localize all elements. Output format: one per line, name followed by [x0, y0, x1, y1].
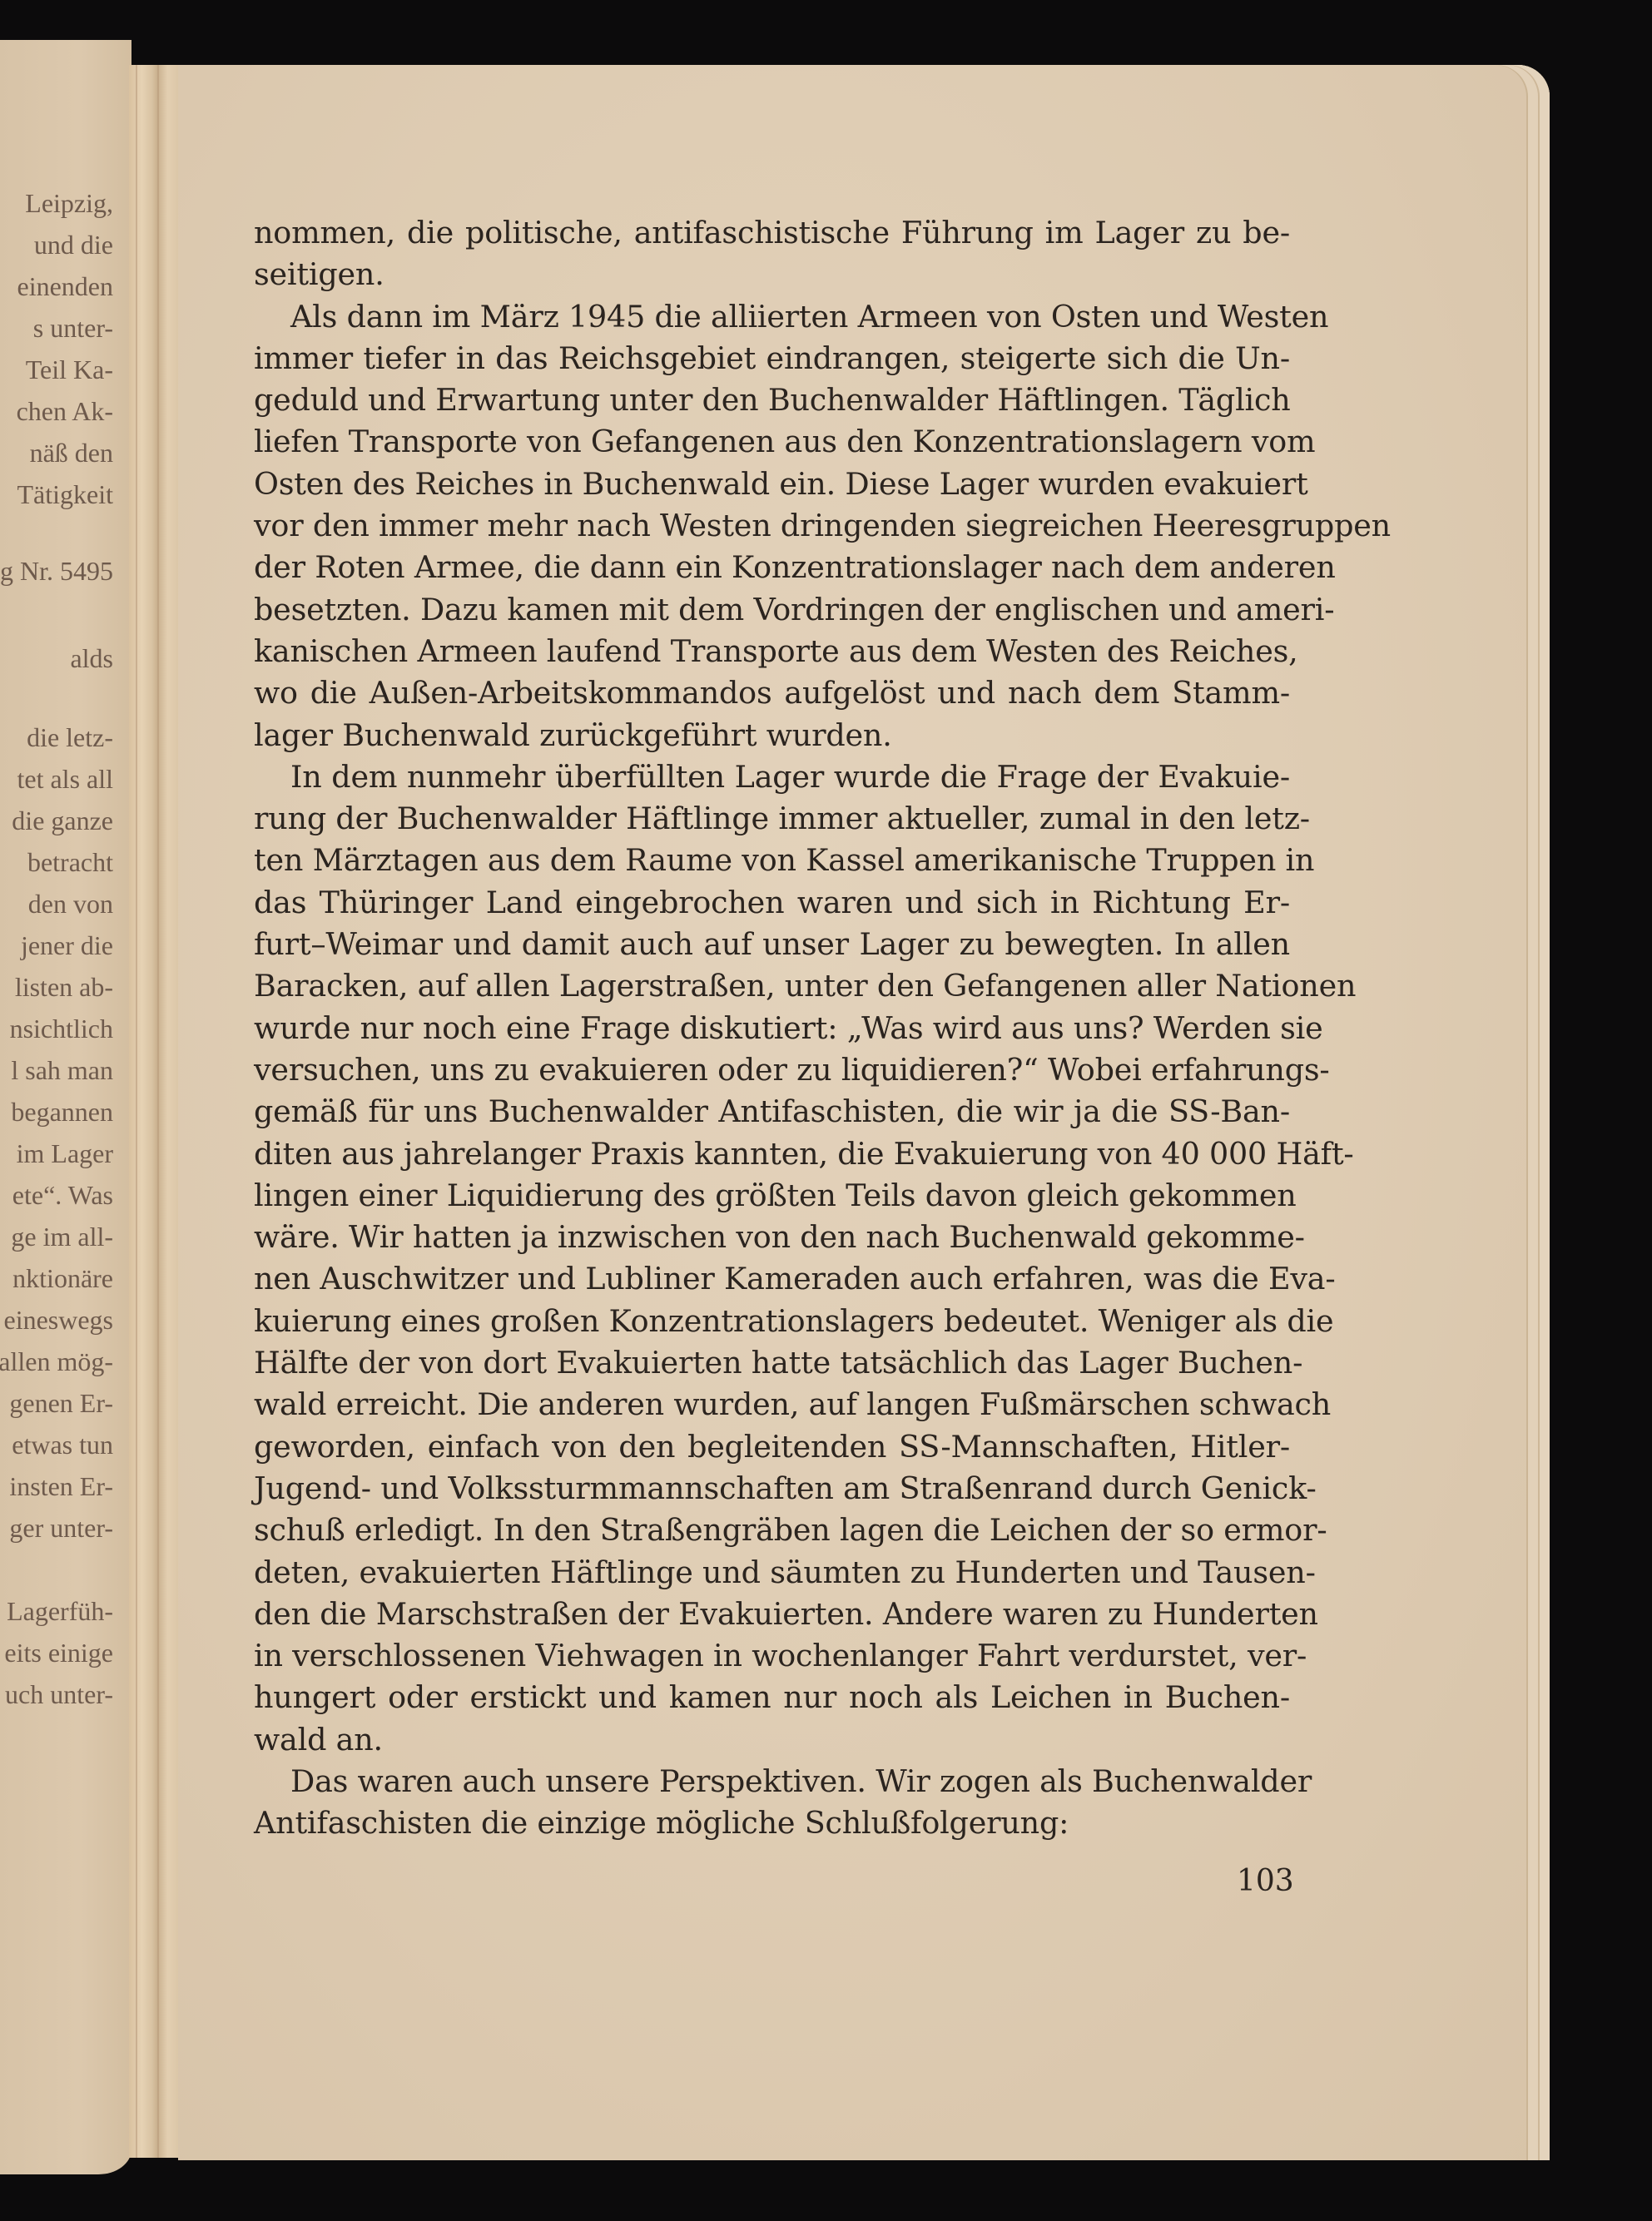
left-text-fragment: chen Ak-: [17, 396, 113, 427]
left-text-fragment: Tätigkeit: [17, 479, 113, 510]
text-line: Jugend- und Volkssturmmannschaften am St…: [254, 1468, 1290, 1510]
text-line: In dem nunmehr überfüllten Lager wurde d…: [254, 756, 1290, 798]
text-line: deten, evakuierten Häftlinge und säumten…: [254, 1552, 1290, 1594]
text-line: Hälfte der von dort Evakuierten hatte ta…: [254, 1342, 1290, 1384]
left-text-fragment: eits einige: [4, 1638, 113, 1668]
left-text-fragment: die letz-: [27, 722, 113, 753]
book-gutter: [129, 65, 181, 2158]
text-line: rung der Buchenwalder Häftlinge immer ak…: [254, 798, 1290, 840]
left-text-fragment: l sah man: [11, 1055, 113, 1086]
left-text-fragment: Lagerfüh-: [7, 1596, 113, 1627]
text-line: in verschlossenen Viehwagen in wochenlan…: [254, 1635, 1290, 1677]
text-line: gemäß für uns Buchenwalder Antifaschiste…: [254, 1091, 1290, 1133]
text-line: vor den immer mehr nach Westen dringende…: [254, 505, 1290, 547]
text-line: Baracken, auf allen Lagerstraßen, unter …: [254, 965, 1290, 1007]
left-text-fragment: s unter-: [33, 313, 113, 344]
text-line: nommen, die politische, antifaschistisch…: [254, 212, 1290, 254]
left-text-fragment: im Lager: [17, 1138, 113, 1169]
text-line: lager Buchenwald zurückgeführt wurden.: [254, 715, 1290, 756]
left-text-fragment: listen ab-: [15, 972, 113, 1003]
left-text-fragment: ge im all-: [11, 1222, 113, 1252]
text-line: den die Marschstraßen der Evakuierten. A…: [254, 1594, 1290, 1635]
text-line: geduld und Erwartung unter den Buchenwal…: [254, 379, 1290, 421]
text-line: seitigen.: [254, 254, 1290, 295]
left-text-fragment: tet als all: [17, 764, 113, 795]
text-line: Das waren auch unsere Perspektiven. Wir …: [254, 1761, 1290, 1802]
text-line: kanischen Armeen laufend Transporte aus …: [254, 631, 1290, 672]
text-line: das Thüringer Land eingebrochen waren un…: [254, 882, 1290, 924]
text-line: wäre. Wir hatten ja inzwischen von den n…: [254, 1217, 1290, 1258]
left-text-fragment: nktionäre: [12, 1263, 113, 1294]
text-line: Antifaschisten die einzige mögliche Schl…: [254, 1802, 1290, 1844]
left-text-fragment: alds: [70, 643, 113, 674]
text-line: besetzten. Dazu kamen mit dem Vordringen…: [254, 589, 1290, 631]
text-line: Osten des Reiches in Buchenwald ein. Die…: [254, 464, 1290, 505]
left-text-fragment: eineswegs: [3, 1305, 113, 1336]
text-line: furt–Weimar und damit auch auf unser Lag…: [254, 924, 1290, 965]
left-text-fragment: den von: [28, 889, 113, 920]
body-text: nommen, die politische, antifaschistisch…: [254, 212, 1290, 1845]
left-text-fragment: einenden: [17, 271, 114, 302]
text-line: liefen Transporte von Gefangenen aus den…: [254, 421, 1290, 463]
page-number: 103: [1237, 1864, 1288, 1898]
text-line: lingen einer Liquidierung des größten Te…: [254, 1175, 1290, 1217]
left-text-fragment: nsichtlich: [10, 1014, 113, 1044]
text-line: wo die Außen-Arbeitskommandos aufgelöst …: [254, 672, 1290, 714]
left-text-fragment: die ganze: [12, 806, 113, 836]
text-line: immer tiefer in das Reichsgebiet eindran…: [254, 338, 1290, 379]
text-line: hungert oder erstickt und kamen nur noch…: [254, 1677, 1290, 1718]
text-line: nen Auschwitzer und Lubliner Kameraden a…: [254, 1258, 1290, 1300]
text-line: wald an.: [254, 1719, 1290, 1761]
left-text-fragment: allen mög-: [0, 1346, 113, 1377]
left-text-fragment: uch unter-: [5, 1679, 113, 1710]
left-text-fragment: und die: [34, 230, 113, 260]
book-spread: Leipzig,und dieeinendens unter-Teil Ka-c…: [0, 0, 1652, 2221]
text-line: versuchen, uns zu evakuieren oder zu liq…: [254, 1049, 1290, 1091]
left-text-fragment: begannen: [11, 1097, 113, 1128]
left-text-fragment: betracht: [27, 847, 113, 878]
gutter-crease: [136, 65, 137, 2158]
left-text-fragment: ger unter-: [9, 1513, 113, 1544]
text-line: kuierung eines großen Konzentrationslage…: [254, 1301, 1290, 1342]
left-text-fragment: genen Er-: [9, 1388, 113, 1419]
text-line: wald erreicht. Die anderen wurden, auf l…: [254, 1384, 1290, 1425]
text-line: wurde nur noch eine Frage diskutiert: „W…: [254, 1008, 1290, 1049]
left-text-fragment: Leipzig,: [25, 188, 113, 219]
left-text-fragment: g Nr. 5495: [0, 556, 113, 587]
gutter-crease: [157, 65, 159, 2158]
text-line: schuß erledigt. In den Straßengräben lag…: [254, 1510, 1290, 1551]
left-text-fragment: etwas tun: [12, 1430, 113, 1460]
left-text-fragment: näß den: [30, 438, 113, 468]
left-page-fragment: Leipzig,und dieeinendens unter-Teil Ka-c…: [0, 40, 131, 2174]
text-line: diten aus jahrelanger Praxis kannten, di…: [254, 1133, 1290, 1175]
text-line: ten Märztagen aus dem Raume von Kassel a…: [254, 840, 1290, 881]
left-text-fragment: ete“. Was: [12, 1180, 113, 1211]
text-line: der Roten Armee, die dann ein Konzentrat…: [254, 547, 1290, 588]
text-line: geworden, einfach von den begleitenden S…: [254, 1426, 1290, 1468]
left-text-fragment: insten Er-: [9, 1471, 113, 1502]
left-text-fragment: Teil Ka-: [26, 354, 113, 385]
text-line: Als dann im März 1945 die alliierten Arm…: [254, 296, 1290, 338]
left-text-fragment: jener die: [21, 930, 113, 961]
